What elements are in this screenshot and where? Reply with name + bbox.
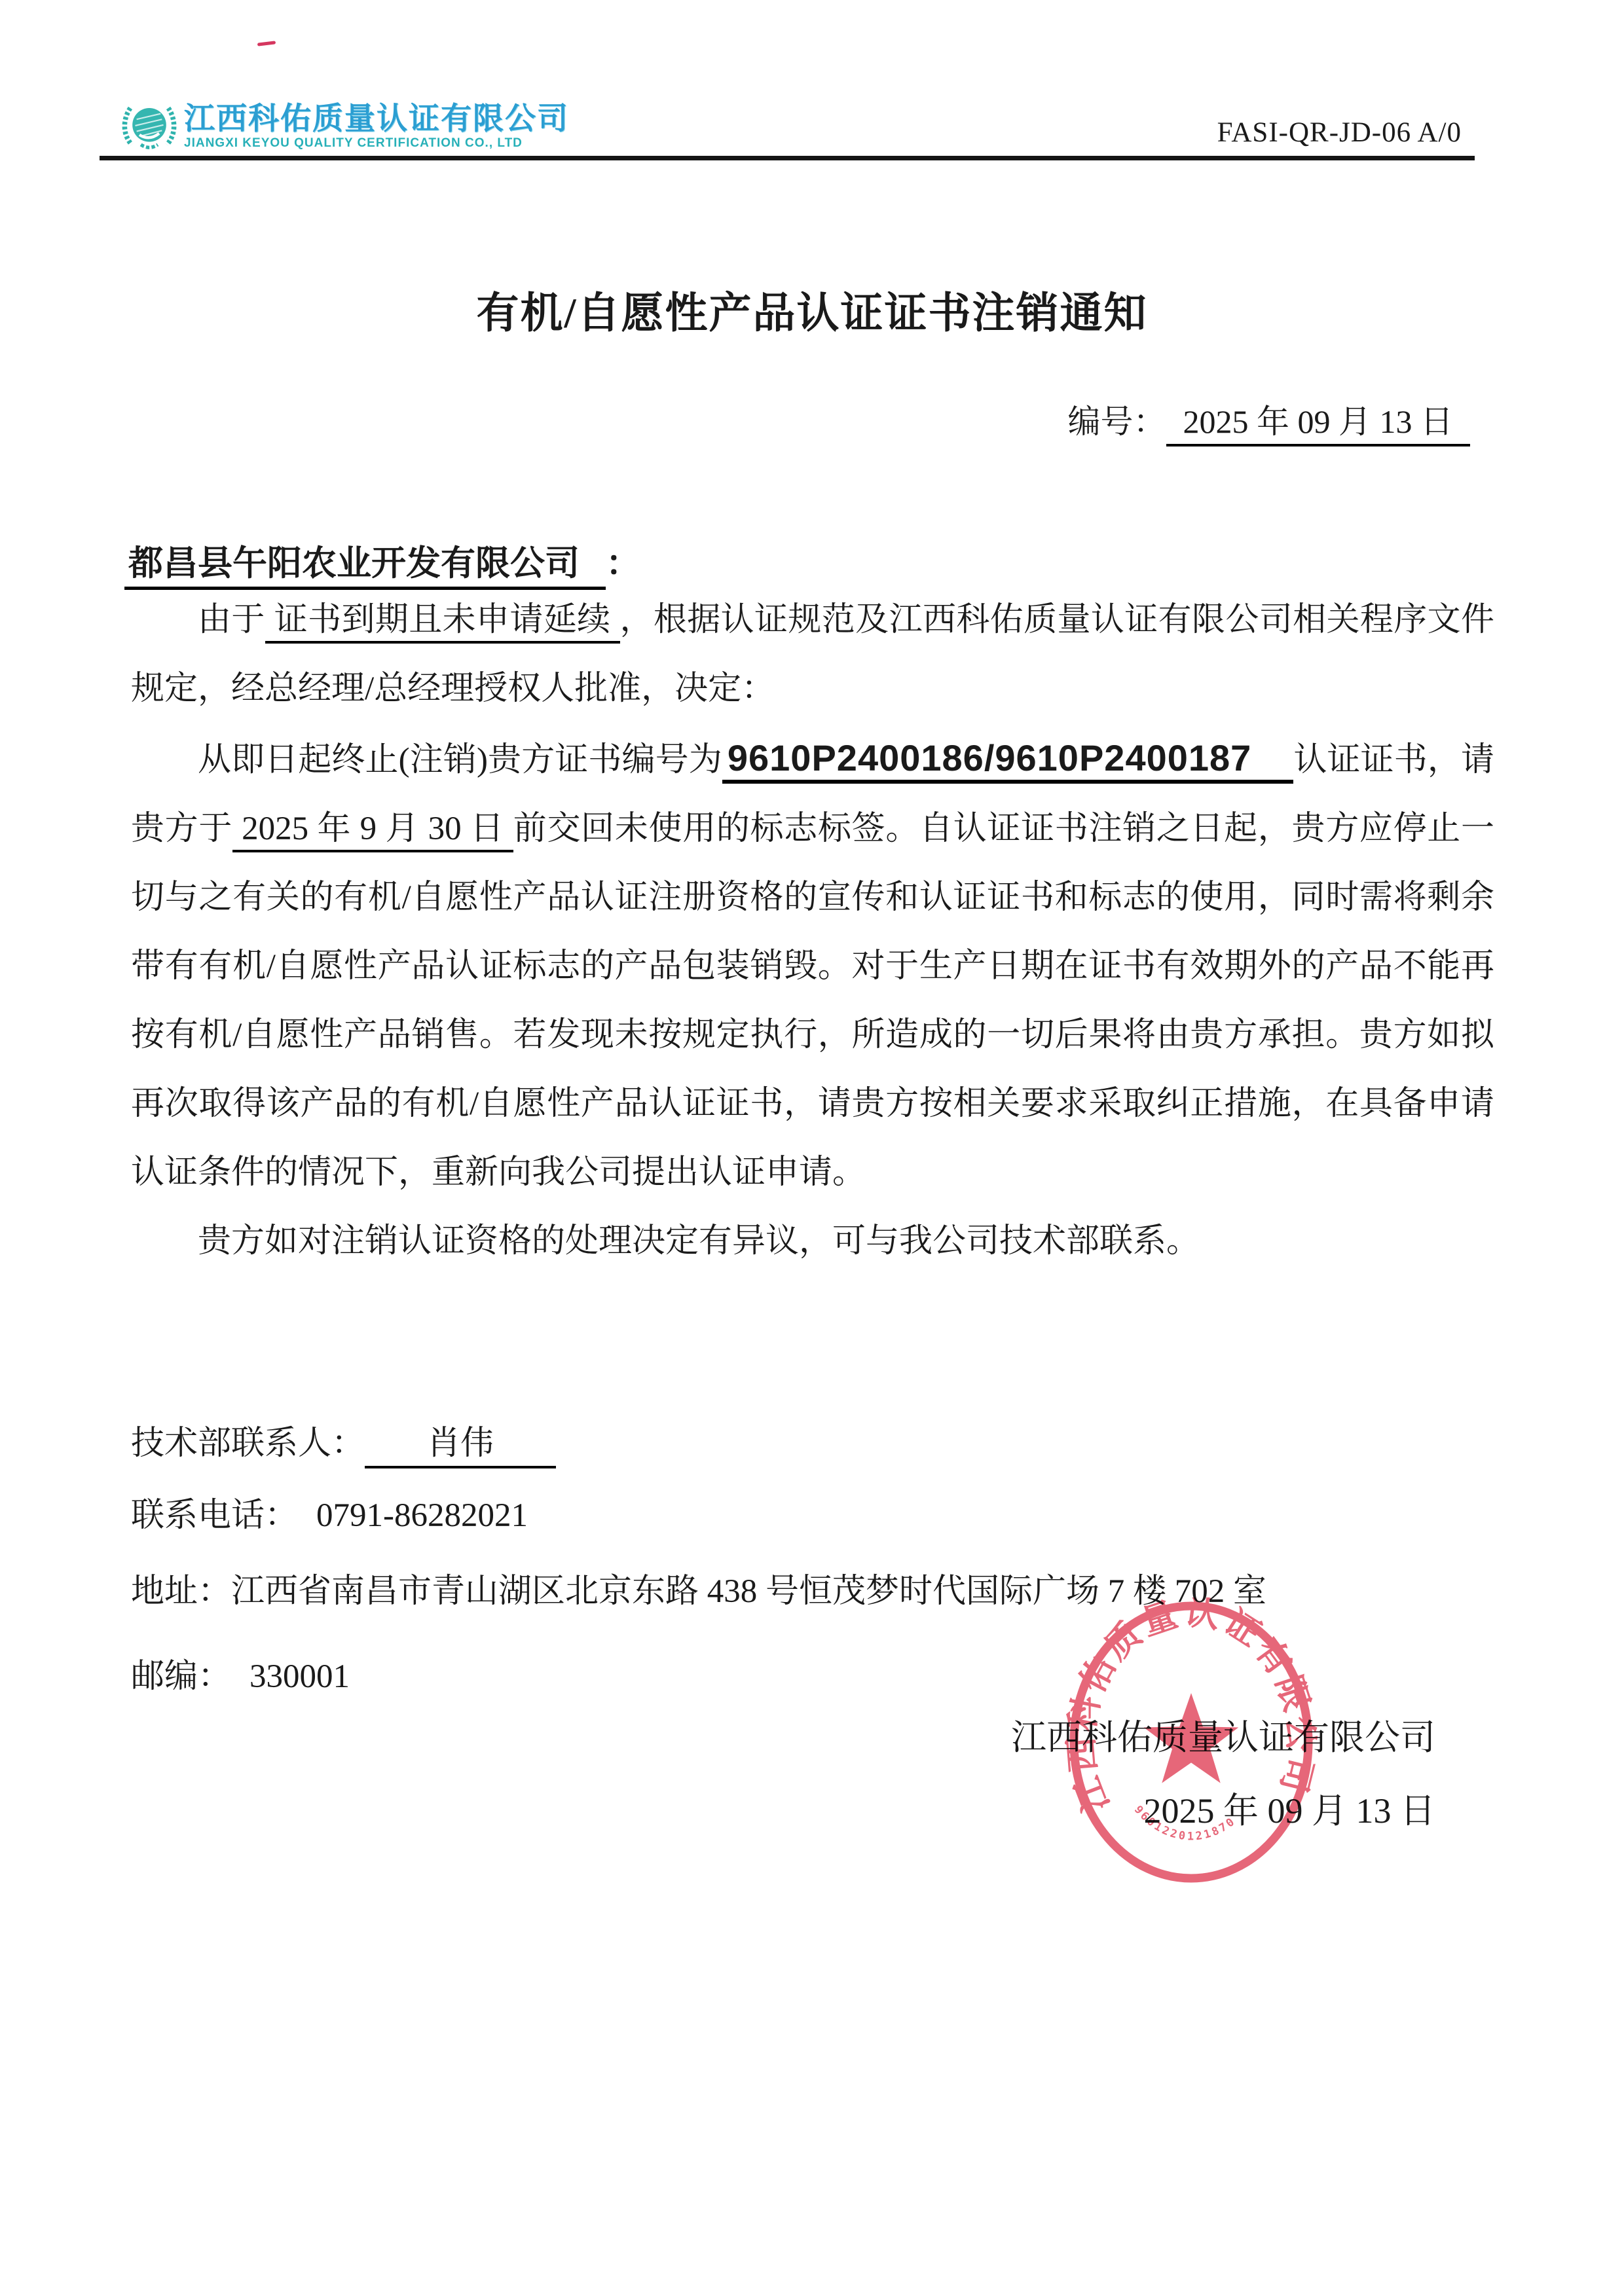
p3-text: 贵方如对注销认证资格的处理决定有异议，可与我公司技术部联系。	[198, 1223, 1200, 1260]
certificate-numbers: 9610P2400186/9610P2400187	[722, 737, 1293, 784]
ref-date-value: 2025 年 09 月 13 日	[1166, 403, 1471, 446]
postcode-value: 330001	[249, 1658, 350, 1695]
cancellation-reason: 证书到期且未申请延续	[265, 602, 620, 644]
address-label: 地址：	[131, 1573, 231, 1610]
scan-artifact-mark	[257, 41, 276, 46]
p1-prefix: 由于	[198, 602, 265, 638]
paragraph-objection: 贵方如对注销认证资格的处理决定有异议，可与我公司技术部联系。	[131, 1207, 1494, 1276]
company-logo: 江西科佑质量认证有限公司 JIANGXI KEYOU QUALITY CERTI…	[121, 100, 569, 153]
recipient-company-name: 都昌县午阳农业开发有限公司	[124, 545, 606, 590]
recipient-colon: ：	[606, 545, 640, 583]
tech-contact-line: 技术部联系人：肖伟	[131, 1415, 556, 1464]
p2-lead: 从即日起终止(注销)贵方证书编号为	[198, 742, 722, 778]
phone-label: 联系电话：	[131, 1497, 298, 1534]
company-seal-stamp: 江西科佑质量认证有限公司 9601220121870	[1065, 1597, 1318, 1887]
page-title: 有机/自愿性产品认证证书注销通知	[0, 278, 1624, 340]
recipient-line: 都昌县午阳农业开发有限公司：	[124, 536, 640, 585]
logo-globe-wreath-icon	[121, 100, 177, 153]
tech-contact-label: 技术部联系人：	[131, 1425, 365, 1462]
tech-contact-name: 肖伟	[365, 1425, 556, 1468]
header-divider	[100, 156, 1475, 160]
paragraph-reason: 由于证书到期且未申请延续，根据认证规范及江西科佑质量认证有限公司相关程序文件规定…	[131, 586, 1494, 723]
phone-line: 联系电话：0791-86282021	[131, 1487, 528, 1536]
postcode-label: 邮编：	[131, 1658, 231, 1695]
logo-company-name-en: JIANGXI KEYOU QUALITY CERTIFICATION CO.,…	[184, 136, 569, 151]
logo-text: 江西科佑质量认证有限公司 JIANGXI KEYOU QUALITY CERTI…	[184, 102, 569, 151]
document-page: 江西科佑质量认证有限公司 JIANGXI KEYOU QUALITY CERTI…	[0, 0, 1624, 2296]
label-return-date: 2025 年 9 月 30 日	[232, 811, 513, 852]
seal-serial-number: 9601220121870	[1132, 1803, 1239, 1843]
ref-number-line: 编号：2025 年 09 月 13 日	[1068, 395, 1471, 443]
ref-label: 编号：	[1068, 403, 1166, 440]
svg-text:9601220121870: 9601220121870	[1132, 1803, 1239, 1843]
notice-body: 由于证书到期且未申请延续，根据认证规范及江西科佑质量认证有限公司相关程序文件规定…	[131, 586, 1494, 1276]
p2-rest: 前交回未使用的标志标签。自认证证书注销之日起，贵方应停止一切与之有关的有机/自愿…	[131, 811, 1494, 1191]
seal-star-icon	[1144, 1693, 1239, 1783]
phone-number: 0791-86282021	[316, 1497, 528, 1534]
paragraph-decision: 从即日起终止(注销)贵方证书编号为9610P2400186/9610P24001…	[131, 723, 1494, 1207]
logo-company-name-cn: 江西科佑质量认证有限公司	[184, 102, 569, 134]
document-code: FASI-QR-JD-06 A/0	[1217, 117, 1462, 149]
postcode-line: 邮编：330001	[131, 1649, 350, 1697]
